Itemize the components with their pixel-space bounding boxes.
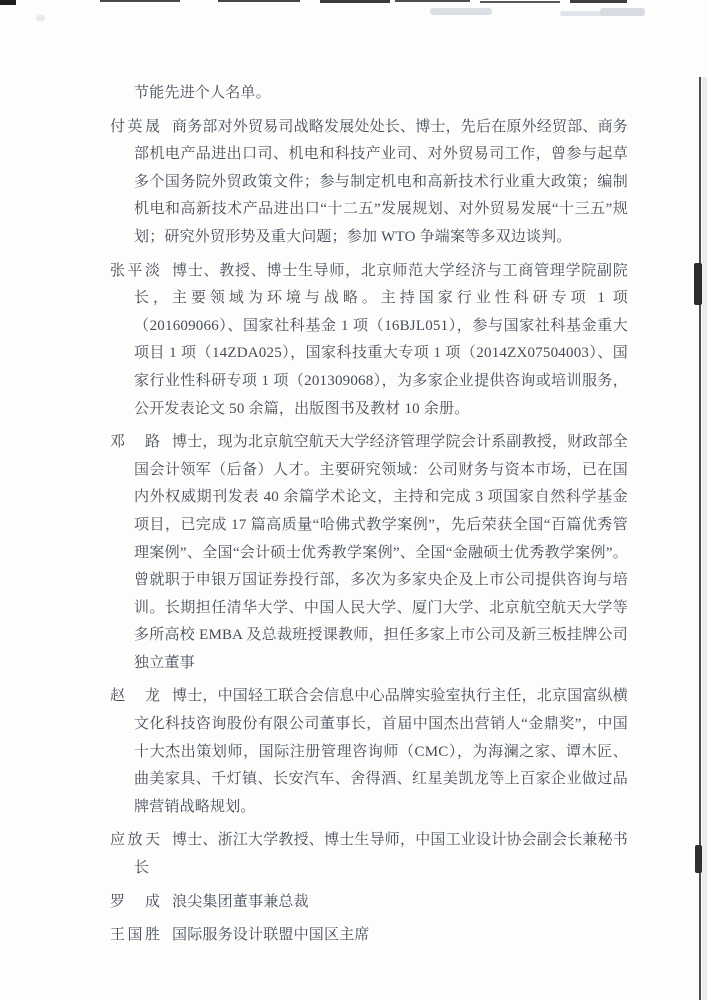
person-name: 付英晟: [110, 114, 172, 142]
person-name: 王国胜: [110, 922, 172, 950]
scan-artifact-top-edge: [320, 0, 390, 3]
scan-artifact-top-edge: [100, 0, 180, 2]
person-bio: 浪尖集团董事兼总裁: [134, 889, 628, 917]
person-name: 应放天: [110, 827, 172, 855]
scan-artifact-right-blob: [695, 845, 702, 873]
person-entry: 付英晟 商务部对外贸易司战略发展处处长、博士，先后在原外经贸部、商务部机电产品进…: [110, 114, 628, 252]
person-bio: 博士，中国轻工联合会信息中心品牌实验室执行主任，北京国富纵横文化科技咨询股份有限…: [134, 683, 628, 821]
scan-artifact-top-edge: [395, 0, 470, 2]
scan-artifact-top-edge: [570, 0, 627, 3]
person-entry: 罗 成 浪尖集团董事兼总裁: [110, 889, 628, 917]
scan-artifact-right-edge-line: [699, 77, 701, 1000]
intro-line: 节能先进个人名单。: [110, 80, 628, 108]
document-body: 节能先进个人名单。 付英晟 商务部对外贸易司战略发展处处长、博士，先后在原外经贸…: [110, 80, 628, 956]
person-name: 罗 成: [110, 889, 172, 917]
scan-smudge: [430, 8, 492, 15]
person-entry: 应放天 博士、浙江大学教授、博士生导师，中国工业设计协会副会长兼秘书长: [110, 827, 628, 882]
person-entry: 王国胜 国际服务设计联盟中国区主席: [110, 922, 628, 950]
person-bio: 博士、浙江大学教授、博士生导师，中国工业设计协会副会长兼秘书长: [134, 827, 628, 882]
scan-smudge: [600, 8, 645, 16]
person-entry: 张平淡 博士、教授、博士生导师，北京师范大学经济与工商管理学院副院长，主要领域为…: [110, 258, 628, 424]
person-entry: 赵 龙 博士，中国轻工联合会信息中心品牌实验室执行主任，北京国富纵横文化科技咨询…: [110, 683, 628, 821]
scan-artifact-right-blob: [694, 263, 702, 305]
person-entry: 邓 路 博士，现为北京航空航天大学经济管理学院会计系副教授，财政部全国会计领军（…: [110, 429, 628, 677]
person-bio: 国际服务设计联盟中国区主席: [134, 922, 628, 950]
scanned-document-page: 节能先进个人名单。 付英晟 商务部对外贸易司战略发展处处长、博士，先后在原外经贸…: [0, 0, 707, 1000]
person-bio: 博士、教授、博士生导师，北京师范大学经济与工商管理学院副院长，主要领域为环境与战…: [134, 258, 628, 424]
person-entry-list: 付英晟 商务部对外贸易司战略发展处处长、博士，先后在原外经贸部、商务部机电产品进…: [110, 114, 628, 950]
person-name: 赵 龙: [110, 683, 172, 711]
person-bio: 博士，现为北京航空航天大学经济管理学院会计系副教授，财政部全国会计领军（后备）人…: [134, 429, 628, 677]
scan-smudge: [36, 15, 45, 21]
scan-artifact-top-edge: [480, 1, 560, 3]
scan-artifact-top-edge: [0, 0, 16, 5]
person-bio: 商务部对外贸易司战略发展处处长、博士，先后在原外经贸部、商务部机电产品进出口司、…: [134, 114, 628, 252]
scan-artifact-right-shadow: [702, 77, 707, 1000]
scan-smudge: [560, 11, 606, 16]
person-name: 邓 路: [110, 429, 172, 457]
scan-artifact-top-edge: [218, 0, 300, 2]
person-name: 张平淡: [110, 258, 172, 286]
